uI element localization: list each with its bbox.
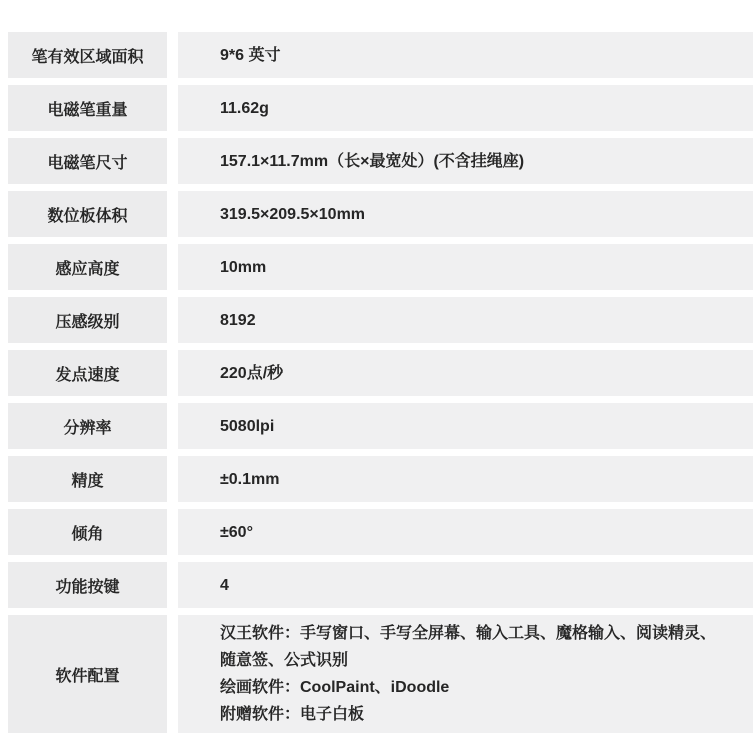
column-gap xyxy=(167,350,178,396)
column-gap xyxy=(167,509,178,555)
column-gap xyxy=(167,244,178,290)
spec-label: 感应高度 xyxy=(8,244,167,290)
spec-label: 数位板体积 xyxy=(8,191,167,237)
spec-row-accuracy: 精度 ±0.1mm xyxy=(8,456,753,502)
spec-value: 220点/秒 xyxy=(178,350,753,396)
spec-value: 4 xyxy=(178,562,753,608)
spec-row-pen-weight: 电磁笔重量 11.62g xyxy=(8,85,753,131)
spec-value: 157.1×11.7mm（长×最宽处）(不含挂绳座) xyxy=(178,138,753,184)
spec-row-software: 软件配置 汉王软件：手写窗口、手写全屏幕、输入工具、魔格输入、阅读精灵、 随意签… xyxy=(8,615,753,733)
spec-value: 5080lpi xyxy=(178,403,753,449)
column-gap xyxy=(167,403,178,449)
spec-value: 319.5×209.5×10mm xyxy=(178,191,753,237)
spec-sheet-page: 笔有效区域面积 9*6 英寸 电磁笔重量 11.62g 电磁笔尺寸 157.1×… xyxy=(0,0,753,744)
column-gap xyxy=(167,85,178,131)
spec-label: 发点速度 xyxy=(8,350,167,396)
column-gap xyxy=(167,562,178,608)
spec-row-pen-active-area: 笔有效区域面积 9*6 英寸 xyxy=(8,32,753,78)
spec-value: 10mm xyxy=(178,244,753,290)
column-gap xyxy=(167,32,178,78)
spec-label: 笔有效区域面积 xyxy=(8,32,167,78)
spec-value: 汉王软件：手写窗口、手写全屏幕、输入工具、魔格输入、阅读精灵、 随意签、公式识别… xyxy=(178,615,753,733)
column-gap xyxy=(167,615,178,733)
spec-row-tablet-volume: 数位板体积 319.5×209.5×10mm xyxy=(8,191,753,237)
spec-label: 分辨率 xyxy=(8,403,167,449)
spec-value: 9*6 英寸 xyxy=(178,32,753,78)
column-gap xyxy=(167,297,178,343)
spec-label: 压感级别 xyxy=(8,297,167,343)
spec-value: ±0.1mm xyxy=(178,456,753,502)
spec-label: 功能按键 xyxy=(8,562,167,608)
spec-row-pressure-levels: 压感级别 8192 xyxy=(8,297,753,343)
spec-table: 笔有效区域面积 9*6 英寸 电磁笔重量 11.62g 电磁笔尺寸 157.1×… xyxy=(0,0,753,733)
spec-value: 8192 xyxy=(178,297,753,343)
spec-value: 11.62g xyxy=(178,85,753,131)
spec-row-function-keys: 功能按键 4 xyxy=(8,562,753,608)
spec-row-tilt: 倾角 ±60° xyxy=(8,509,753,555)
spec-row-pen-size: 电磁笔尺寸 157.1×11.7mm（长×最宽处）(不含挂绳座) xyxy=(8,138,753,184)
spec-label: 倾角 xyxy=(8,509,167,555)
spec-label: 精度 xyxy=(8,456,167,502)
column-gap xyxy=(167,456,178,502)
spec-label: 电磁笔重量 xyxy=(8,85,167,131)
spec-value: ±60° xyxy=(178,509,753,555)
spec-label: 软件配置 xyxy=(8,615,167,733)
spec-row-report-rate: 发点速度 220点/秒 xyxy=(8,350,753,396)
spec-label: 电磁笔尺寸 xyxy=(8,138,167,184)
spec-row-sensing-height: 感应高度 10mm xyxy=(8,244,753,290)
column-gap xyxy=(167,191,178,237)
spec-row-resolution: 分辨率 5080lpi xyxy=(8,403,753,449)
column-gap xyxy=(167,138,178,184)
